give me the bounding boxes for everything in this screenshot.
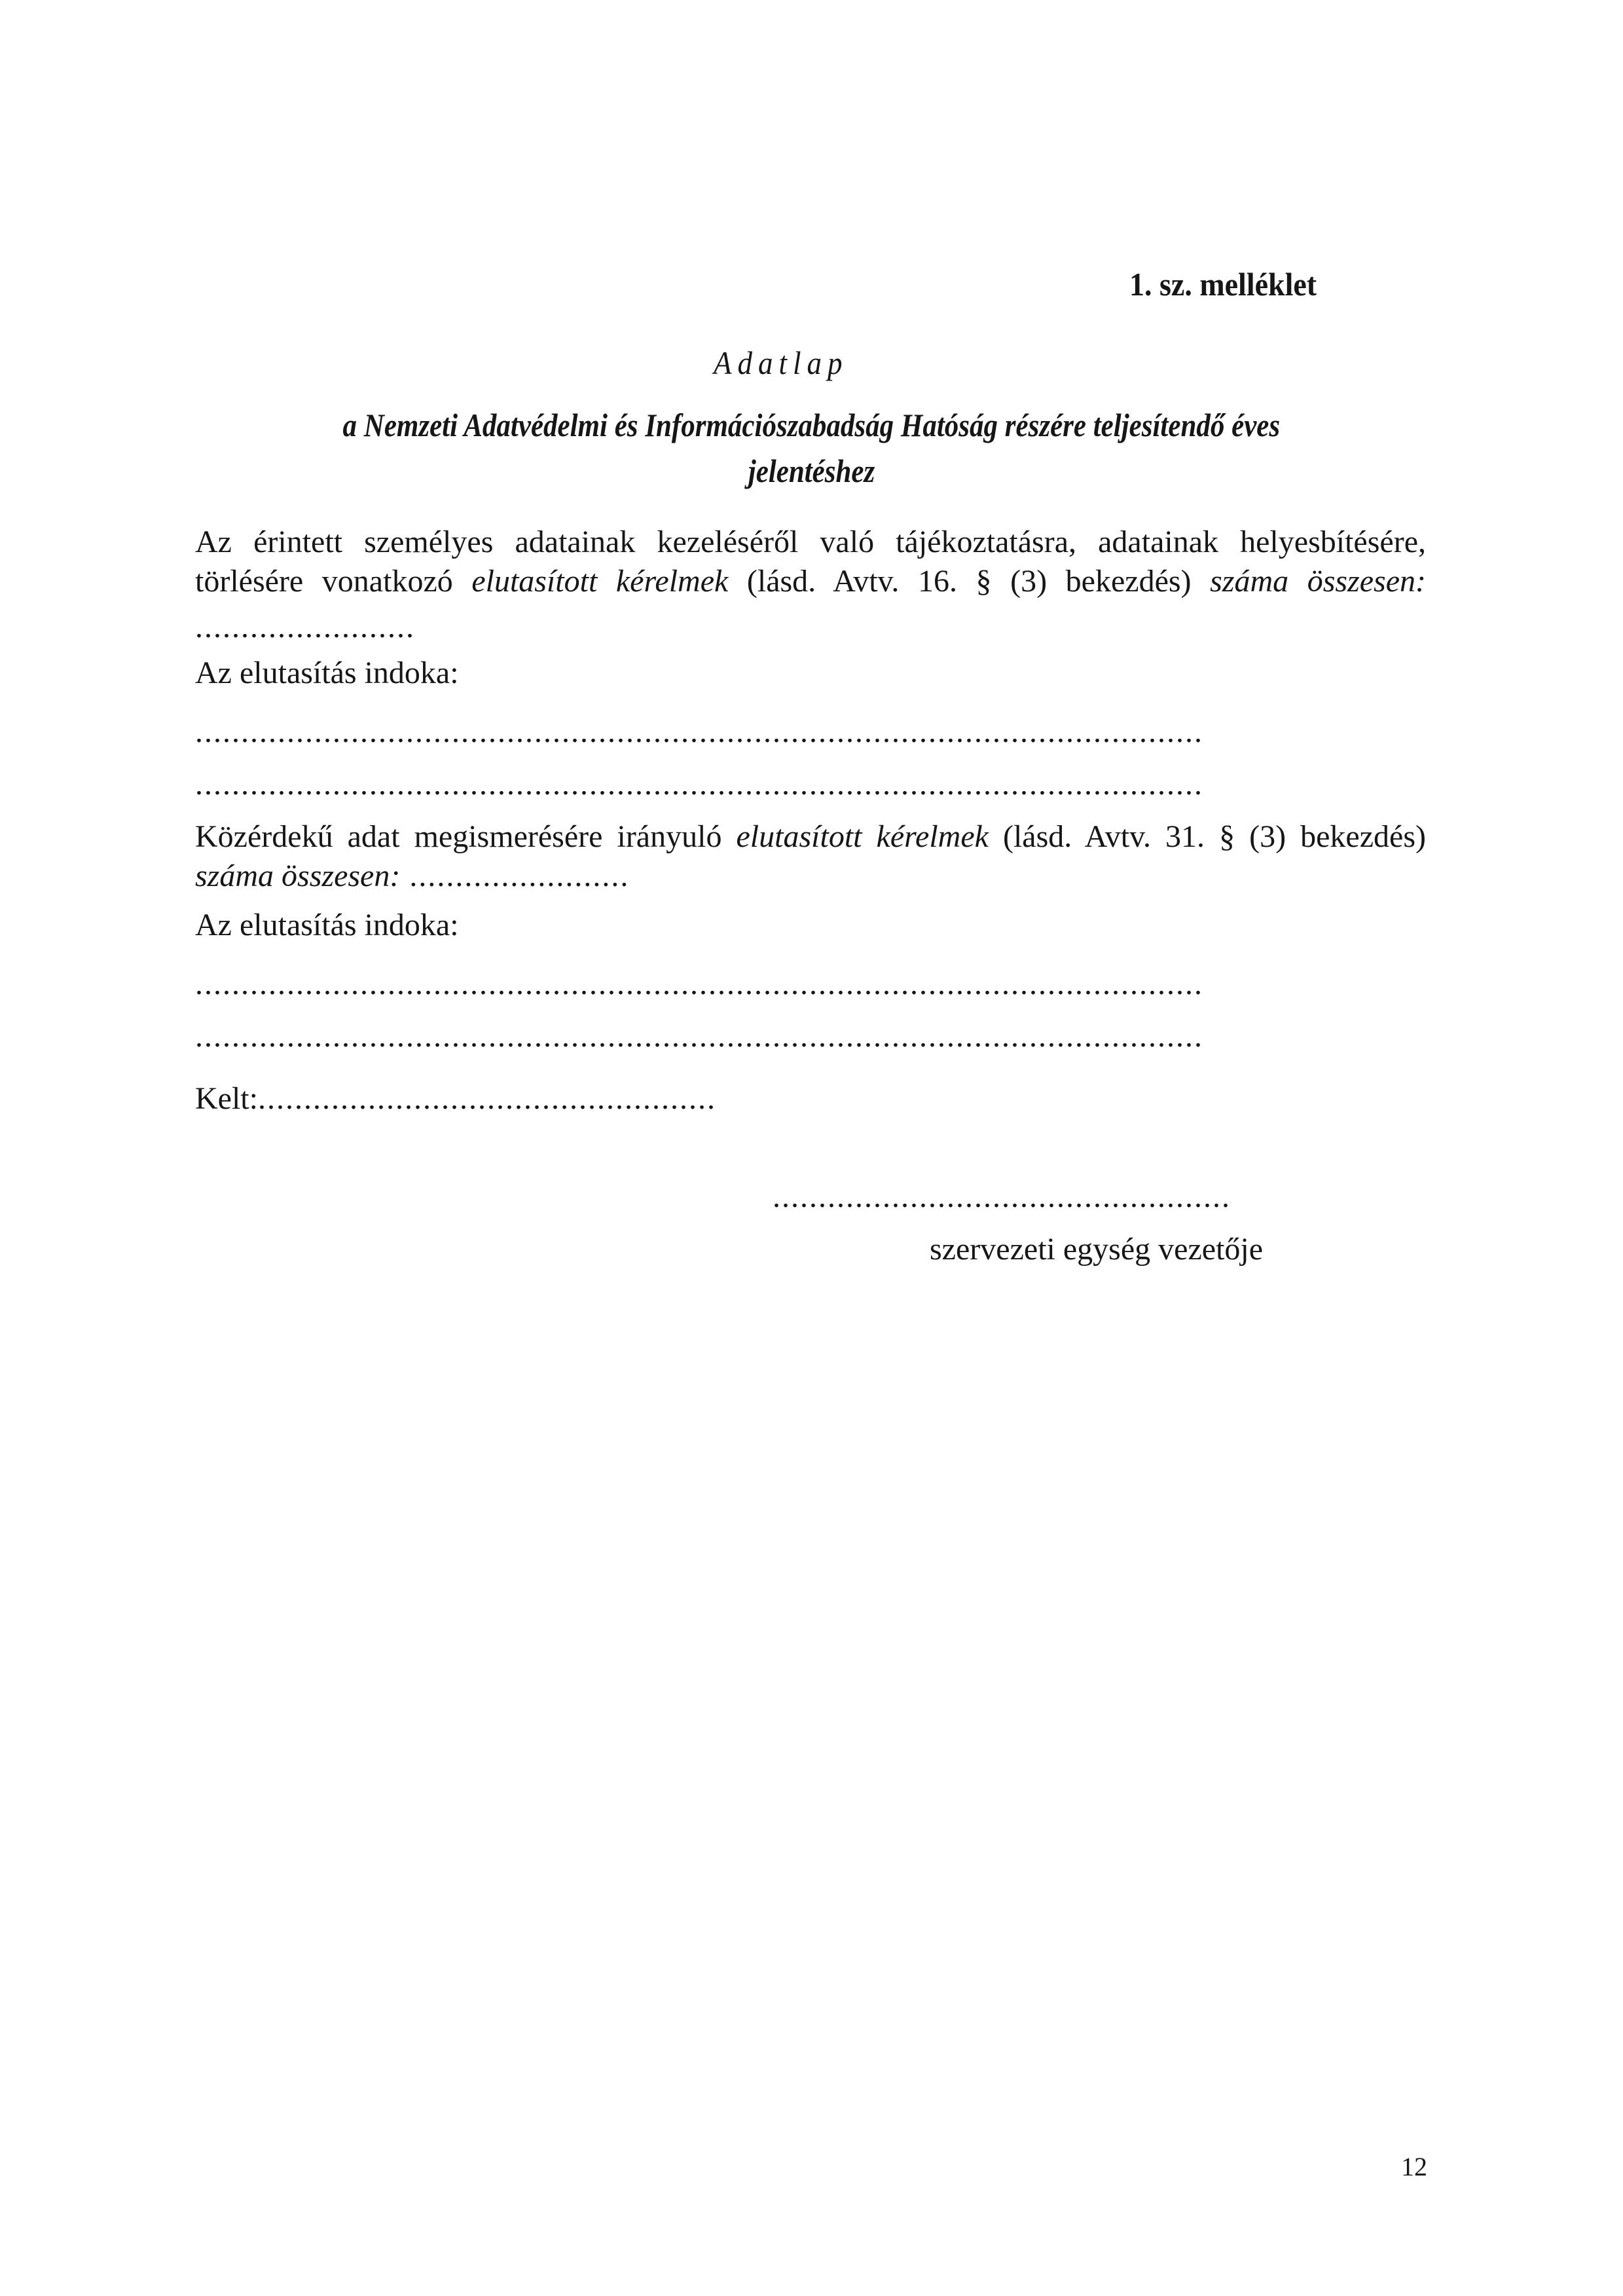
section1-line1: Az érintett személyes adatainak kezelésé… bbox=[195, 524, 1426, 560]
section2-italic-total: száma összesen: bbox=[195, 859, 400, 893]
document-title: Adatlap bbox=[714, 344, 848, 382]
section2-line1: Közérdekű adat megismerésére irányuló el… bbox=[195, 819, 1426, 855]
section1-reason-field-1[interactable]: ........................................… bbox=[195, 714, 1419, 750]
section2-line2: száma összesen: ........................ bbox=[195, 858, 629, 894]
signature-line[interactable]: ........................................… bbox=[773, 1179, 1388, 1215]
page-number: 12 bbox=[1401, 2151, 1427, 2182]
subtitle-text-2: jelentéshez bbox=[748, 452, 875, 490]
section2-reason-field-2[interactable]: ........................................… bbox=[195, 1018, 1419, 1054]
section2-reference: (lásd. Avtv. 31. § (3) bekezdés) bbox=[989, 819, 1426, 854]
subtitle-text-1: a Nemzeti Adatvédelmi és Információszaba… bbox=[343, 406, 1281, 444]
date-row: Kelt:...................................… bbox=[195, 1081, 716, 1117]
section1-italic-rejected: elutasított kérelmek bbox=[471, 564, 728, 599]
section1-line2: törlésére vonatkozó elutasított kérelmek… bbox=[195, 563, 1426, 599]
section1-reference: (lásd. Avtv. 16. § (3) bekezdés) bbox=[728, 564, 1210, 599]
section2-count-field[interactable]: ........................ bbox=[400, 859, 629, 893]
section2-text: Közérdekű adat megismerésére irányuló bbox=[195, 819, 736, 854]
section1-count-field[interactable]: ........................ bbox=[195, 609, 470, 645]
section1-reason-field-2[interactable]: ........................................… bbox=[195, 766, 1419, 802]
section1-italic-total: száma összesen: bbox=[1210, 564, 1426, 599]
document-subtitle-line1: a Nemzeti Adatvédelmi és Információszaba… bbox=[0, 406, 1623, 444]
date-field[interactable]: ........................................… bbox=[258, 1081, 716, 1116]
section2-reason-label: Az elutasítás indoka: bbox=[195, 907, 459, 943]
section1-text: törlésére vonatkozó bbox=[195, 564, 471, 599]
document-subtitle-line2: jelentéshez bbox=[0, 452, 1623, 490]
section2-reason-field-1[interactable]: ........................................… bbox=[195, 966, 1419, 1002]
section2-italic-rejected: elutasított kérelmek bbox=[736, 819, 988, 854]
annex-label: 1. sz. melléklet bbox=[1129, 265, 1317, 303]
section1-reason-label: Az elutasítás indoka: bbox=[195, 655, 459, 691]
date-label: Kelt: bbox=[195, 1081, 258, 1116]
signature-label: szervezeti egység vezetője bbox=[930, 1231, 1263, 1267]
